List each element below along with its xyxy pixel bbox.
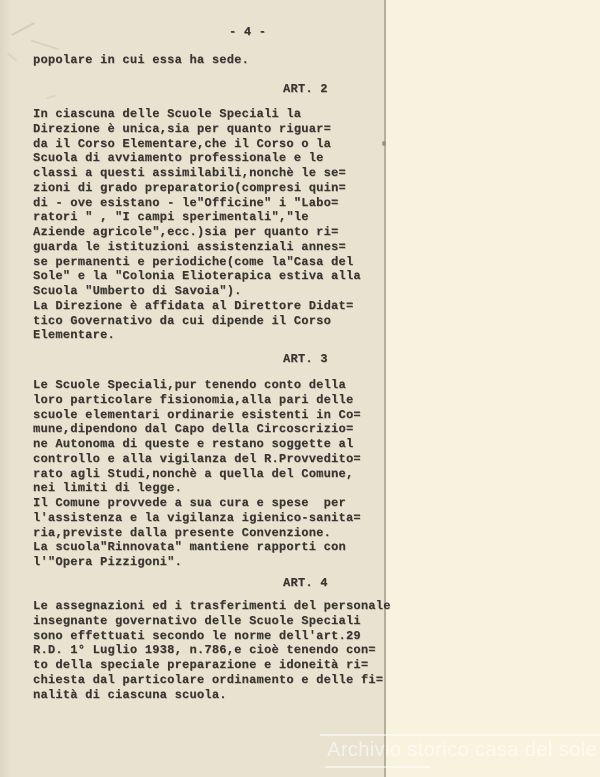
article-2-body: In ciascuna delle Scuole Speciali laDire… <box>33 107 398 343</box>
text-line: Sole" e la "Colonia Elioterapica estiva … <box>33 269 398 284</box>
text-line: Scuola "Umberto di Savoia"). <box>33 284 398 299</box>
text-line: da il Corso Elementare,che il Corso o la <box>33 137 398 152</box>
text-line: ne Autonoma di queste e restano soggette… <box>33 437 398 452</box>
scan-smudge <box>46 95 56 100</box>
text-line: Scuola di avviamento professionale e le <box>33 151 398 166</box>
text-line: to della speciale preparazione e idoneit… <box>33 658 398 673</box>
text-line: R.D. 1° Luglio 1938, n.786,e cioè tenend… <box>33 643 398 658</box>
watermark-rule-top <box>320 734 600 736</box>
archive-watermark: Archivio storico casa del sole <box>350 736 600 770</box>
text-line: l'"Opera Pizzigoni". <box>33 555 398 570</box>
text-line: nei limiti di legge. <box>33 481 398 496</box>
text-line: nalità di ciascuna scuola. <box>33 688 398 703</box>
scan-smudge <box>7 52 17 61</box>
article-3-body: Le Scuole Speciali,pur tenendo conto del… <box>33 378 398 570</box>
text-line: La Direzione è affidata al Direttore Did… <box>33 299 398 314</box>
text-line: Elementare. <box>33 328 398 343</box>
watermark-text: Archivio storico casa del sole <box>327 739 597 762</box>
text-line: tico Governativo da cui dipende il Corso <box>33 314 398 329</box>
text-line: ria,previste dalla presente Convenzione. <box>33 526 398 541</box>
text-line: Il Comune provvede a sua cura e spese pe… <box>33 496 398 511</box>
text-line: Direzione è unica,sia per quanto riguar= <box>33 122 398 137</box>
text-line: classi a questi assimilabili,nonchè le s… <box>33 166 398 181</box>
text-line: Aziende agricole",ecc.)sia per quanto ri… <box>33 225 398 240</box>
page-number: - 4 - <box>229 25 266 39</box>
article-4-heading: ART. 4 <box>283 576 328 590</box>
text-line: guarda le istituzioni assistenziali anne… <box>33 240 398 255</box>
adjacent-page-edge <box>386 0 600 777</box>
article-3-heading: ART. 3 <box>283 352 328 366</box>
text-line: In ciascuna delle Scuole Speciali la <box>33 107 398 122</box>
article-4-body: Le assegnazioni ed i trasferimenti del p… <box>33 599 398 702</box>
text-line: mune,dipendono dal Capo della Circoscriz… <box>33 422 398 437</box>
text-line: insegnante governativo delle Scuole Spec… <box>33 614 398 629</box>
scan-smudge <box>30 39 59 50</box>
intro-line: popolare in cui essa ha sede. <box>33 53 249 67</box>
text-line: di - ove esistano - le"Officine" i "Labo… <box>33 196 398 211</box>
text-line: loro particolare fisionomia,alla pari de… <box>33 393 398 408</box>
text-line: controllo e alla vigilanza del R.Provved… <box>33 452 398 467</box>
text-line: sono effettuati secondo le norme dell'ar… <box>33 629 398 644</box>
text-line: rato agli Studi,nonchè a quella del Comu… <box>33 467 398 482</box>
text-line: ratori " , "I campi sperimentali","le <box>33 210 398 225</box>
text-line: zioni di grado preparatorio(compresi qui… <box>33 181 398 196</box>
text-line: Le assegnazioni ed i trasferimenti del p… <box>33 599 398 614</box>
text-line: chiesta dal particolare ordinamento e de… <box>33 673 398 688</box>
text-line: Le Scuole Speciali,pur tenendo conto del… <box>33 378 398 393</box>
scanned-document-page: - 4 - popolare in cui essa ha sede. ART.… <box>0 0 600 777</box>
text-line: La scuola"Rinnovata" mantiene rapporti c… <box>33 540 398 555</box>
scan-smudge <box>11 22 35 36</box>
text-line: se permanenti e periodiche(come la"Casa … <box>33 255 398 270</box>
text-line: l'assistenza e la vigilanza igienico-san… <box>33 511 398 526</box>
article-2-heading: ART. 2 <box>283 82 328 96</box>
text-line: scuole elementari ordinarie esistenti in… <box>33 408 398 423</box>
watermark-rule-bottom <box>325 766 430 768</box>
